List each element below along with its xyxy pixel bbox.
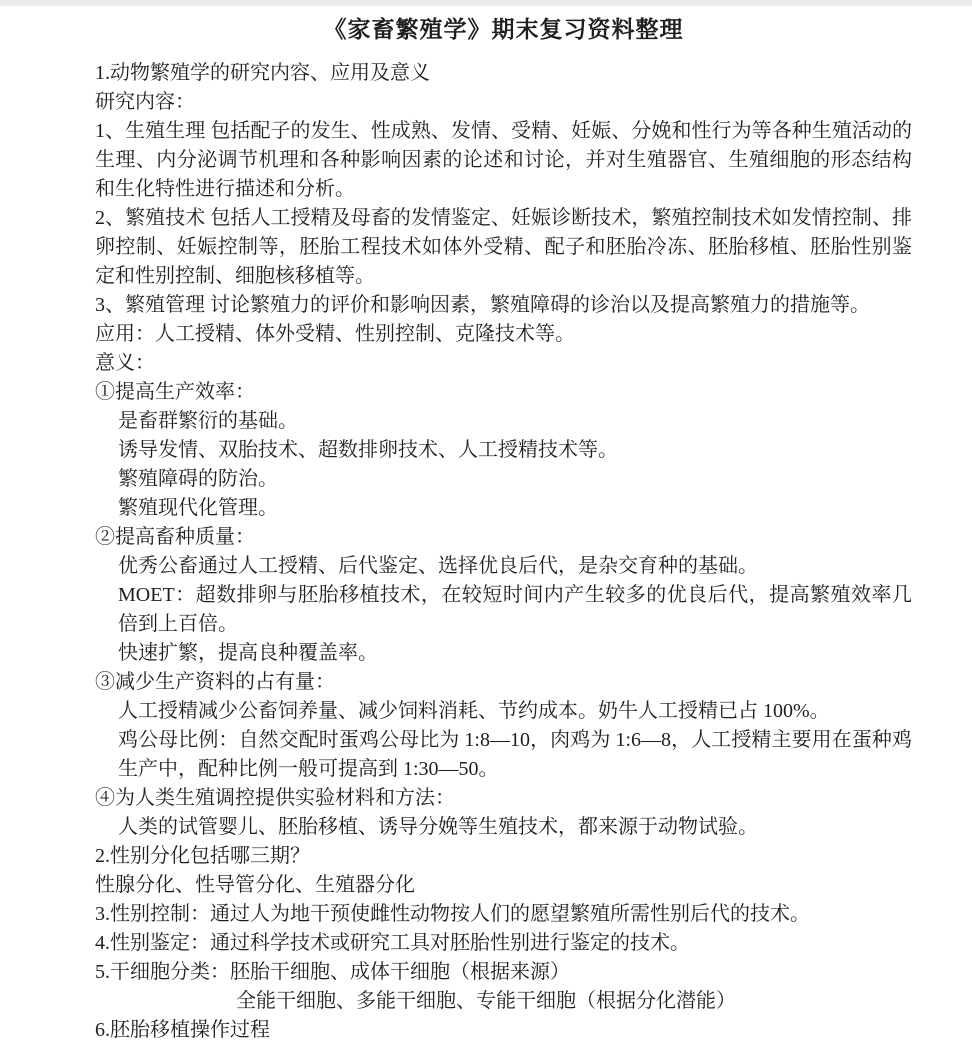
question-5-classification-2: 全能干细胞、多能干细胞、专能干细胞（根据分化潜能）: [95, 987, 912, 1016]
significance-2-point-c: 快速扩繁，提高良种覆盖率。: [95, 639, 912, 668]
significance-1-point-c: 繁殖障碍的防治。: [95, 465, 912, 494]
significance-3-heading: ③减少生产资料的占有量：: [95, 668, 912, 697]
question-3-definition: 3.性别控制：通过人为地干预使雌性动物按人们的愿望繁殖所需性别后代的技术。: [95, 900, 912, 929]
significance-3-point-a: 人工授精减少公畜饲养量、减少饲料消耗、节约成本。奶牛人工授精已占 100%。: [95, 697, 912, 726]
significance-1-point-b: 诱导发情、双胎技术、超数排卵技术、人工授精技术等。: [95, 436, 912, 465]
significance-4-point-a: 人类的试管婴儿、胚胎移植、诱导分娩等生殖技术，都来源于动物试验。: [95, 813, 912, 842]
document-title: 《家畜繁殖学》期末复习资料整理: [95, 13, 912, 46]
significance-1-point-a: 是畜群繁衍的基础。: [95, 407, 912, 436]
document-page: 《家畜繁殖学》期末复习资料整理 1.动物繁殖学的研究内容、应用及意义 研究内容：…: [0, 0, 972, 1042]
scan-artifact-top-edge: [0, 0, 972, 6]
question-2-heading: 2.性别分化包括哪三期？: [95, 842, 912, 871]
question-4-definition: 4.性别鉴定：通过科学技术或研究工具对胚胎性别进行鉴定的技术。: [95, 929, 912, 958]
significance-2-heading: ②提高畜种质量：: [95, 523, 912, 552]
question-5-classification: 5.干细胞分类：胚胎干细胞、成体干细胞（根据来源）: [95, 958, 912, 987]
significance-1-point-d: 繁殖现代化管理。: [95, 494, 912, 523]
question-2-answer: 性腺分化、性导管分化、生殖器分化: [95, 871, 912, 900]
significance-4-heading: ④为人类生殖调控提供实验材料和方法：: [95, 784, 912, 813]
significance-2-point-moet: MOET：超数排卵与胚胎移植技术，在较短时间内产生较多的优良后代，提高繁殖效率几…: [95, 581, 912, 639]
question-1-heading: 1.动物繁殖学的研究内容、应用及意义: [95, 59, 912, 88]
significance-label: 意义：: [95, 349, 912, 378]
question-6-heading: 6.胚胎移植操作过程: [95, 1016, 912, 1042]
research-item-3-management: 3、繁殖管理 讨论繁殖力的评价和影响因素，繁殖障碍的诊治以及提高繁殖力的措施等。: [95, 291, 912, 320]
research-content-label: 研究内容：: [95, 88, 912, 117]
significance-3-point-ratio: 鸡公母比例：自然交配时蛋鸡公母比为 1:8—10，肉鸡为 1:6—8，人工授精主…: [95, 726, 912, 784]
significance-2-point-a: 优秀公畜通过人工授精、后代鉴定、选择优良后代，是杂交育种的基础。: [95, 552, 912, 581]
significance-1-heading: ①提高生产效率：: [95, 378, 912, 407]
research-item-1-physiology: 1、生殖生理 包括配子的发生、性成熟、发情、受精、妊娠、分娩和性行为等各种生殖活…: [95, 117, 912, 204]
application-line: 应用：人工授精、体外受精、性别控制、克隆技术等。: [95, 320, 912, 349]
research-item-2-technology: 2、繁殖技术 包括人工授精及母畜的发情鉴定、妊娠诊断技术，繁殖控制技术如发情控制…: [95, 204, 912, 291]
